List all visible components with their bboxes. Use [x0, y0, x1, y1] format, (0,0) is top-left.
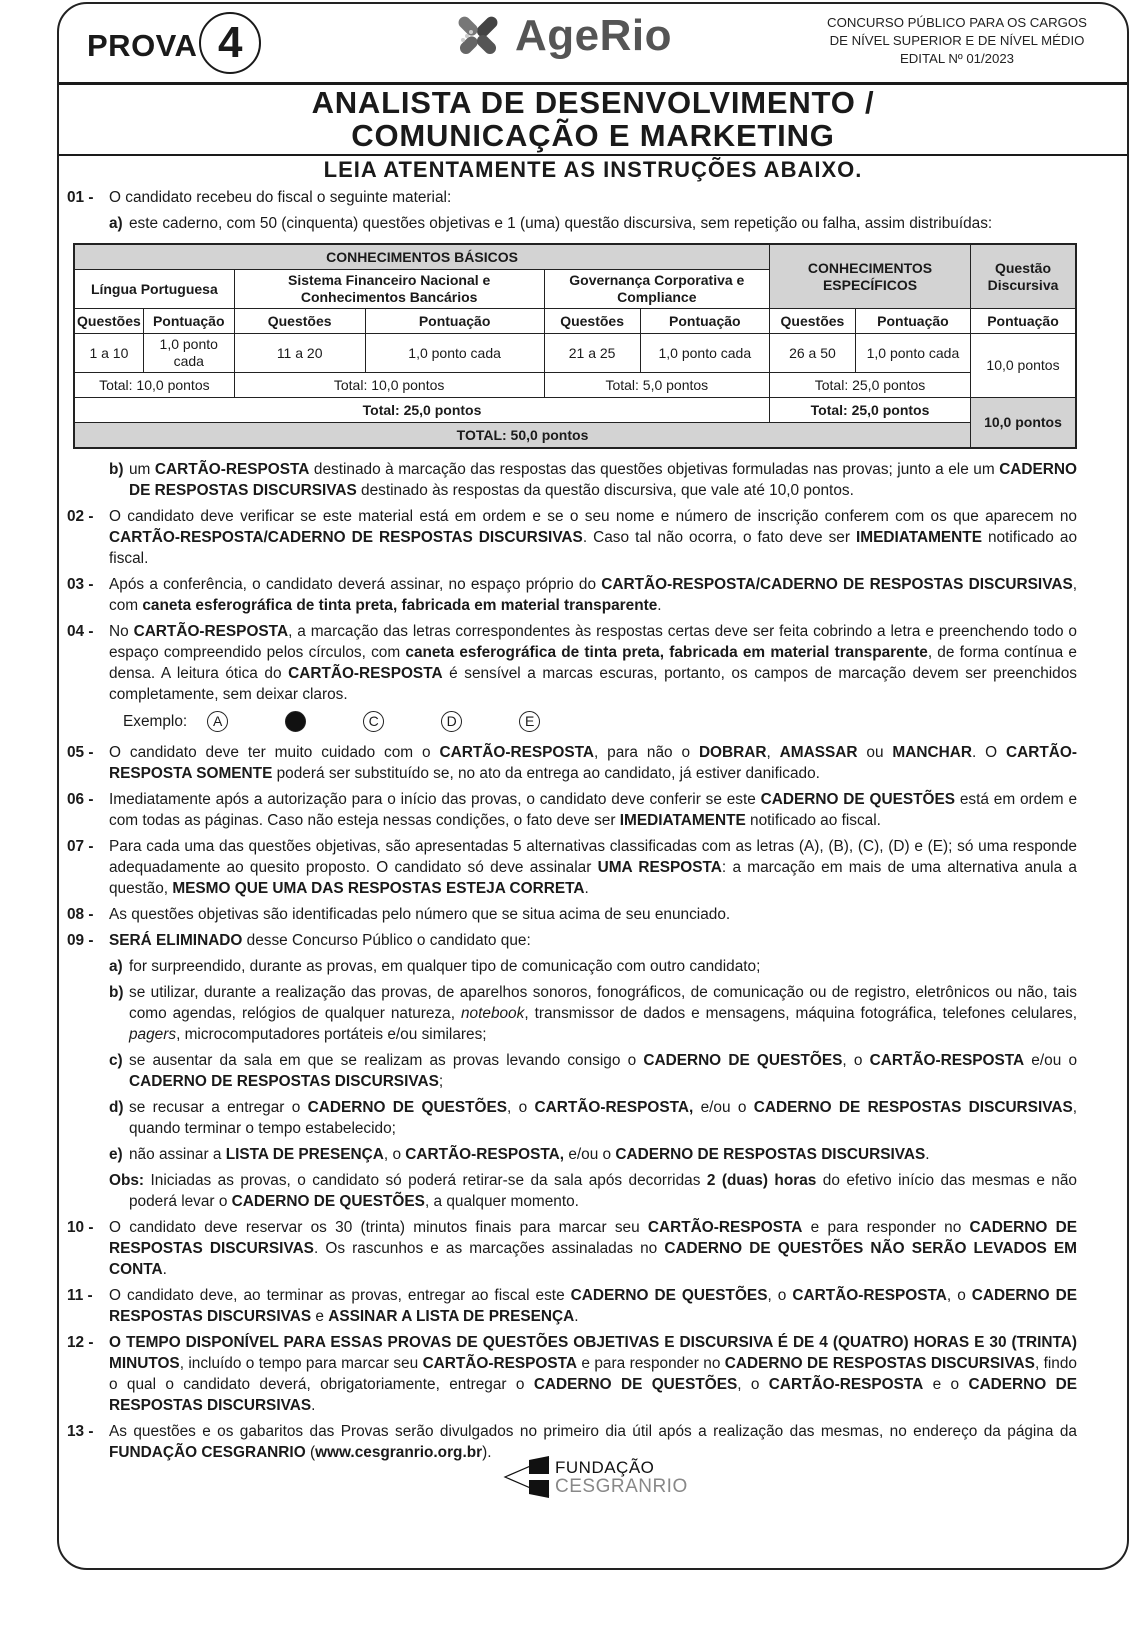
col-pontuacao: Pontuação [365, 309, 544, 334]
prova-number: 4 [199, 12, 261, 74]
header-especificos: CONHECIMENTOS ESPECÍFICOS [770, 244, 971, 309]
cell-discursiva-total: 10,0 pontos [971, 398, 1077, 449]
bubble-a: A [207, 711, 228, 732]
cell-subtotal: Total: 5,0 pontos [544, 373, 769, 398]
instruction-11: 11 -O candidato deve, ao terminar as pro… [67, 1285, 1077, 1327]
cesgranrio-line2: CESGRANRIO [555, 1477, 688, 1496]
instruction-12: 12 -O TEMPO DISPONÍVEL PARA ESSAS PROVAS… [67, 1332, 1077, 1416]
example-label: Exemplo: [123, 711, 187, 732]
cell-pontuacao: 1,0 ponto cada [365, 334, 544, 373]
col-pontuacao: Pontuação [143, 309, 234, 334]
instruction-03: 03 -Após a conferência, o candidato deve… [67, 574, 1077, 616]
cell-subtotal: Total: 10,0 pontos [234, 373, 544, 398]
col-questoes: Questões [770, 309, 856, 334]
subject-governanca: Governança Corporativa e Compliance [544, 270, 769, 309]
cell-questoes: 1 a 10 [74, 334, 143, 373]
bubble-c: C [363, 711, 384, 732]
instruction-01b: b)um CARTÃO-RESPOSTA destinado à marcaçã… [67, 459, 1077, 501]
job-title: ANALISTA DE DESENVOLVIMENTO / COMUNICAÇÃ… [59, 86, 1127, 156]
agerio-logo-icon [449, 10, 507, 62]
cell-discursiva-pontuacao: 10,0 pontos [971, 334, 1077, 398]
instruction-09c: c)se ausentar da sala em que se realizam… [67, 1050, 1077, 1092]
cell-subtotal: Total: 25,0 pontos [770, 373, 971, 398]
page-header: PROVA 4 AgeRio CONCURSO PÚBLICO PARA OS … [59, 4, 1127, 85]
cesgranrio-line1: FUNDAÇÃO [555, 1458, 688, 1477]
instruction-05: 05 -O candidato deve ter muito cuidado c… [67, 742, 1077, 784]
agerio-logo-text: AgeRio [515, 11, 672, 61]
instruction-01a: a)este caderno, com 50 (cinquenta) quest… [67, 213, 1077, 234]
col-questoes: Questões [234, 309, 365, 334]
exam-cover-page: PROVA 4 AgeRio CONCURSO PÚBLICO PARA OS … [57, 2, 1129, 1570]
header-basicos: CONHECIMENTOS BÁSICOS [74, 244, 770, 270]
instruction-01: 01 -O candidato recebeu do fiscal o segu… [67, 187, 1077, 208]
col-pontuacao: Pontuação [640, 309, 769, 334]
instruction-02: 02 -O candidato deve verificar se este m… [67, 506, 1077, 569]
instruction-09a: a)for surpreendido, durante as provas, e… [67, 956, 1077, 977]
prova-label: PROVA 4 [87, 18, 261, 74]
subject-portugues: Língua Portuguesa [74, 270, 234, 309]
instruction-09: 09 -SERÁ ELIMINADO desse Concurso Públic… [67, 930, 1077, 951]
concurso-line: EDITAL Nº 01/2023 [817, 50, 1097, 68]
prova-text: PROVA [87, 28, 197, 64]
bubble-e: E [519, 711, 540, 732]
job-title-line2: COMUNICAÇÃO E MARKETING [59, 119, 1127, 152]
instructions-heading: LEIA ATENTAMENTE AS INSTRUÇÕES ABAIXO. [59, 157, 1127, 183]
col-pontuacao: Pontuação [971, 309, 1077, 334]
cell-basicos-total: Total: 25,0 pontos [74, 398, 770, 423]
job-title-line1: ANALISTA DE DESENVOLVIMENTO / [59, 86, 1127, 119]
instruction-09d: d)se recusar a entregar o CADERNO DE QUE… [67, 1097, 1077, 1139]
cesgranrio-logo-icon [503, 1456, 551, 1498]
instruction-07: 07 -Para cada uma das questões objetivas… [67, 836, 1077, 899]
instruction-09-obs: Obs: Iniciadas as provas, o candidato só… [67, 1170, 1077, 1212]
cell-questoes: 26 a 50 [770, 334, 856, 373]
concurso-line: DE NÍVEL SUPERIOR E DE NÍVEL MÉDIO [817, 32, 1097, 50]
cell-subtotal: Total: 10,0 pontos [74, 373, 234, 398]
question-distribution-table: CONHECIMENTOS BÁSICOS CONHECIMENTOS ESPE… [73, 243, 1077, 449]
instruction-04: 04 -No CARTÃO-RESPOSTA, a marcação das l… [67, 621, 1077, 705]
subject-sfn: Sistema Financeiro Nacional e Conhecimen… [234, 270, 544, 309]
agerio-logo: AgeRio [449, 10, 672, 62]
instruction-09e: e)não assinar a LISTA DE PRESENÇA, o CAR… [67, 1144, 1077, 1165]
instructions-list: 01 -O candidato recebeu do fiscal o segu… [67, 187, 1077, 1468]
cell-pontuacao: 1,0 ponto cada [143, 334, 234, 373]
col-pontuacao: Pontuação [855, 309, 970, 334]
marking-example: Exemplo: A C D E [67, 711, 1077, 732]
header-discursiva: Questão Discursiva [971, 244, 1077, 309]
cesgranrio-logo: FUNDAÇÃO CESGRANRIO [503, 1456, 688, 1498]
col-questoes: Questões [544, 309, 640, 334]
cell-pontuacao: 1,0 ponto cada [640, 334, 769, 373]
instruction-09b: b)se utilizar, durante a realização das … [67, 982, 1077, 1045]
bubble-b-filled [285, 711, 306, 732]
instruction-10: 10 -O candidato deve reservar os 30 (tri… [67, 1217, 1077, 1280]
instruction-06: 06 -Imediatamente após a autorização par… [67, 789, 1077, 831]
concurso-line: CONCURSO PÚBLICO PARA OS CARGOS [817, 14, 1097, 32]
cell-questoes: 11 a 20 [234, 334, 365, 373]
instruction-08: 08 -As questões objetivas são identifica… [67, 904, 1077, 925]
col-questoes: Questões [74, 309, 143, 334]
cell-questoes: 21 a 25 [544, 334, 640, 373]
concurso-info: CONCURSO PÚBLICO PARA OS CARGOS DE NÍVEL… [817, 14, 1097, 68]
cell-especificos-total: Total: 25,0 pontos [770, 398, 971, 423]
cell-pontuacao: 1,0 ponto cada [855, 334, 970, 373]
cell-grand-total: TOTAL: 50,0 pontos [74, 423, 971, 449]
bubble-d: D [441, 711, 462, 732]
